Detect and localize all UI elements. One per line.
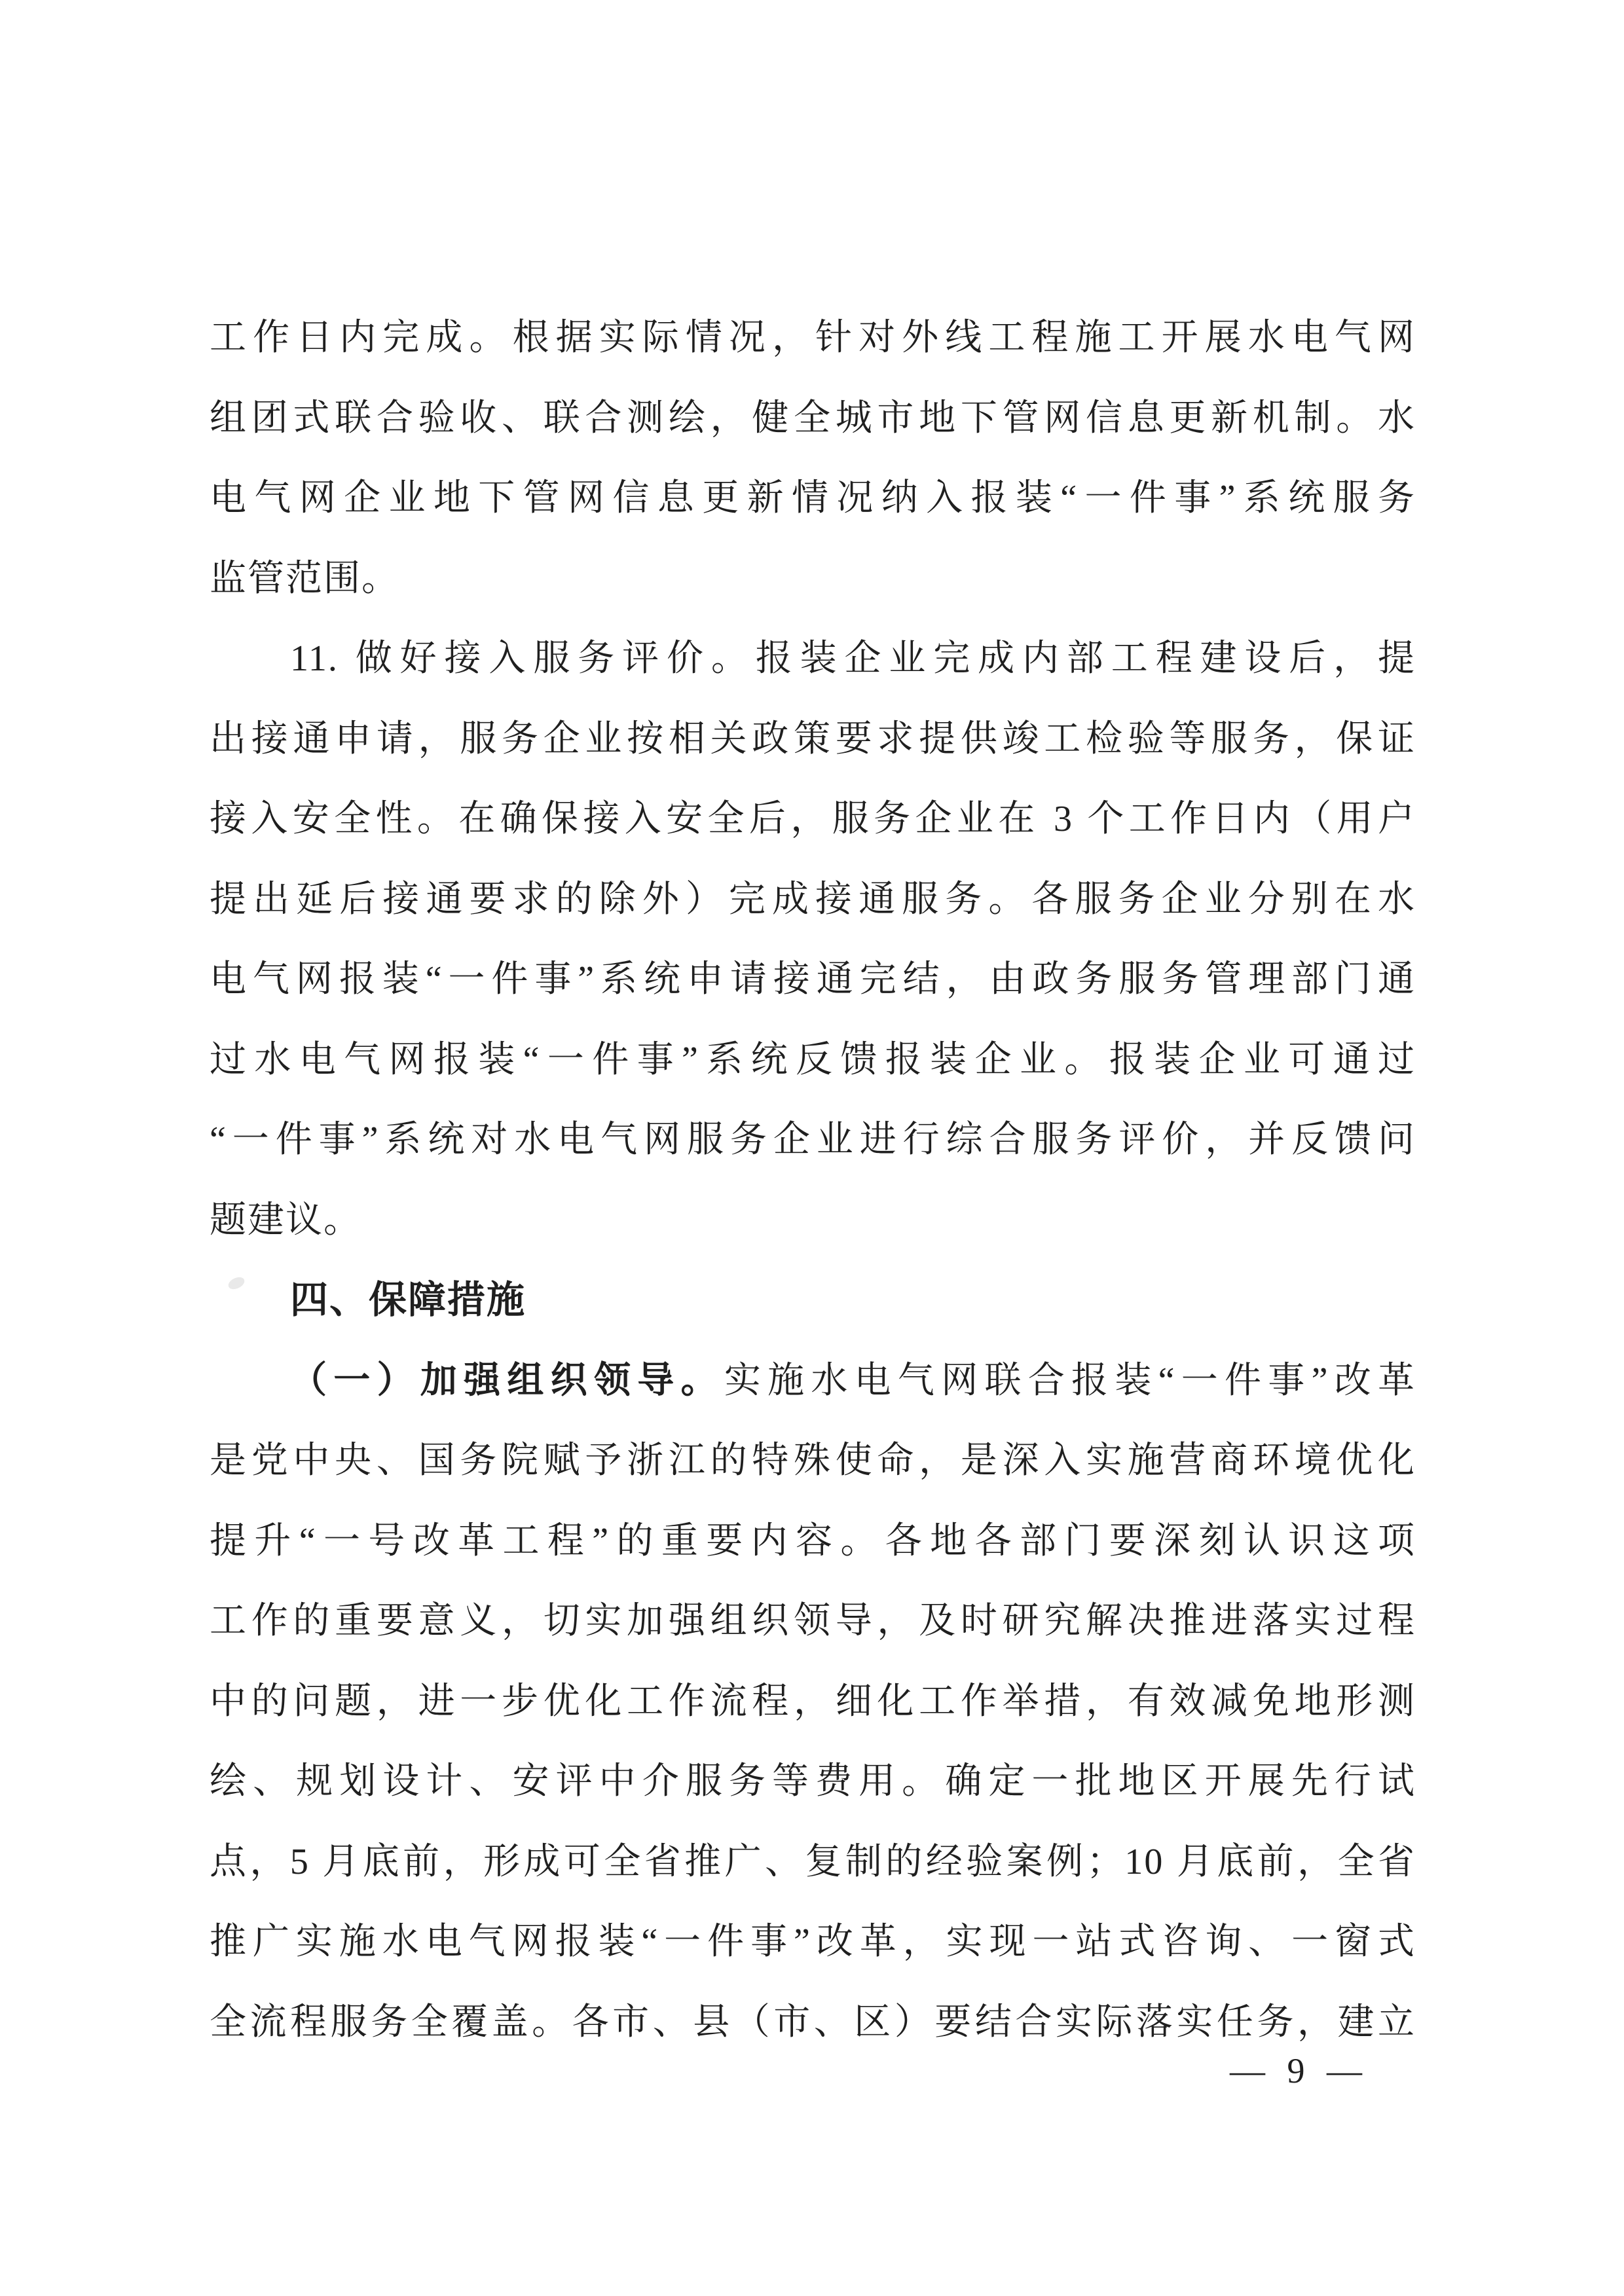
text-line-item-11: 11. 做好接入服务评价。报装企业完成内部工程建设后，提 [210,619,1416,699]
text-line: 组团式联合验收、联合测绘，健全城市地下管网信息更新机制。水 [210,378,1416,459]
subsection-body-start: 实施水电气网联合报装“一件事”改革 [724,1360,1416,1401]
text-line: 电气网报装“一件事”系统申请接通完结，由政务服务管理部门通 [210,939,1416,1020]
text-line: 电气网企业地下管网信息更新情况纳入报装“一件事”系统服务 [210,458,1416,539]
text-line: 提出延后接通要求的除外）完成接通服务。各服务企业分别在水 [210,860,1416,940]
text-line: （一）加强组织领导。实施水电气网联合报装“一件事”改革 [210,1341,1416,1421]
text-line: 出接通申请，服务企业按相关政策要求提供竣工检验等服务，保证 [210,699,1416,780]
document-page: 工作日内完成。根据实际情况，针对外线工程施工开展水电气网 组团式联合验收、联合测… [0,0,1624,2296]
text-line: 绘、规划设计、安评中介服务等费用。确定一批地区开展先行试 [210,1741,1416,1822]
text-line: 接入安全性。在确保接入安全后，服务企业在 3 个工作日内（用户 [210,779,1416,860]
text-line: 点，5 月底前，形成可全省推广、复制的经验案例；10 月底前，全省 [210,1822,1416,1903]
page-number: — 9 — [1230,2048,1369,2094]
text-line: “一件事”系统对水电气网服务企业进行综合服务评价，并反馈问 [210,1100,1416,1180]
text-line: 题建议。 [210,1180,1416,1261]
text-line: 监管范围。 [210,539,1416,619]
text-block: 工作日内完成。根据实际情况，针对外线工程施工开展水电气网 组团式联合验收、联合测… [210,298,1416,2062]
text-line: 提升“一号改革工程”的重要内容。各地各部门要深刻认识这项 [210,1501,1416,1582]
subsection-title: （一）加强组织领导。 [290,1360,724,1401]
text-line: 工作的重要意义，切实加强组织领导，及时研究解决推进落实过程 [210,1581,1416,1662]
text-line: 中的问题，进一步优化工作流程，细化工作举措，有效减免地形测 [210,1662,1416,1742]
section-heading: 四、保障措施 [210,1260,1416,1341]
text-line: 是党中央、国务院赋予浙江的特殊使命，是深入实施营商环境优化 [210,1421,1416,1501]
text-line: 过水电气网报装“一件事”系统反馈报装企业。报装企业可通过 [210,1020,1416,1101]
text-line: 推广实施水电气网报装“一件事”改革，实现一站式咨询、一窗式 [210,1902,1416,1982]
text-line: 工作日内完成。根据实际情况，针对外线工程施工开展水电气网 [210,298,1416,378]
